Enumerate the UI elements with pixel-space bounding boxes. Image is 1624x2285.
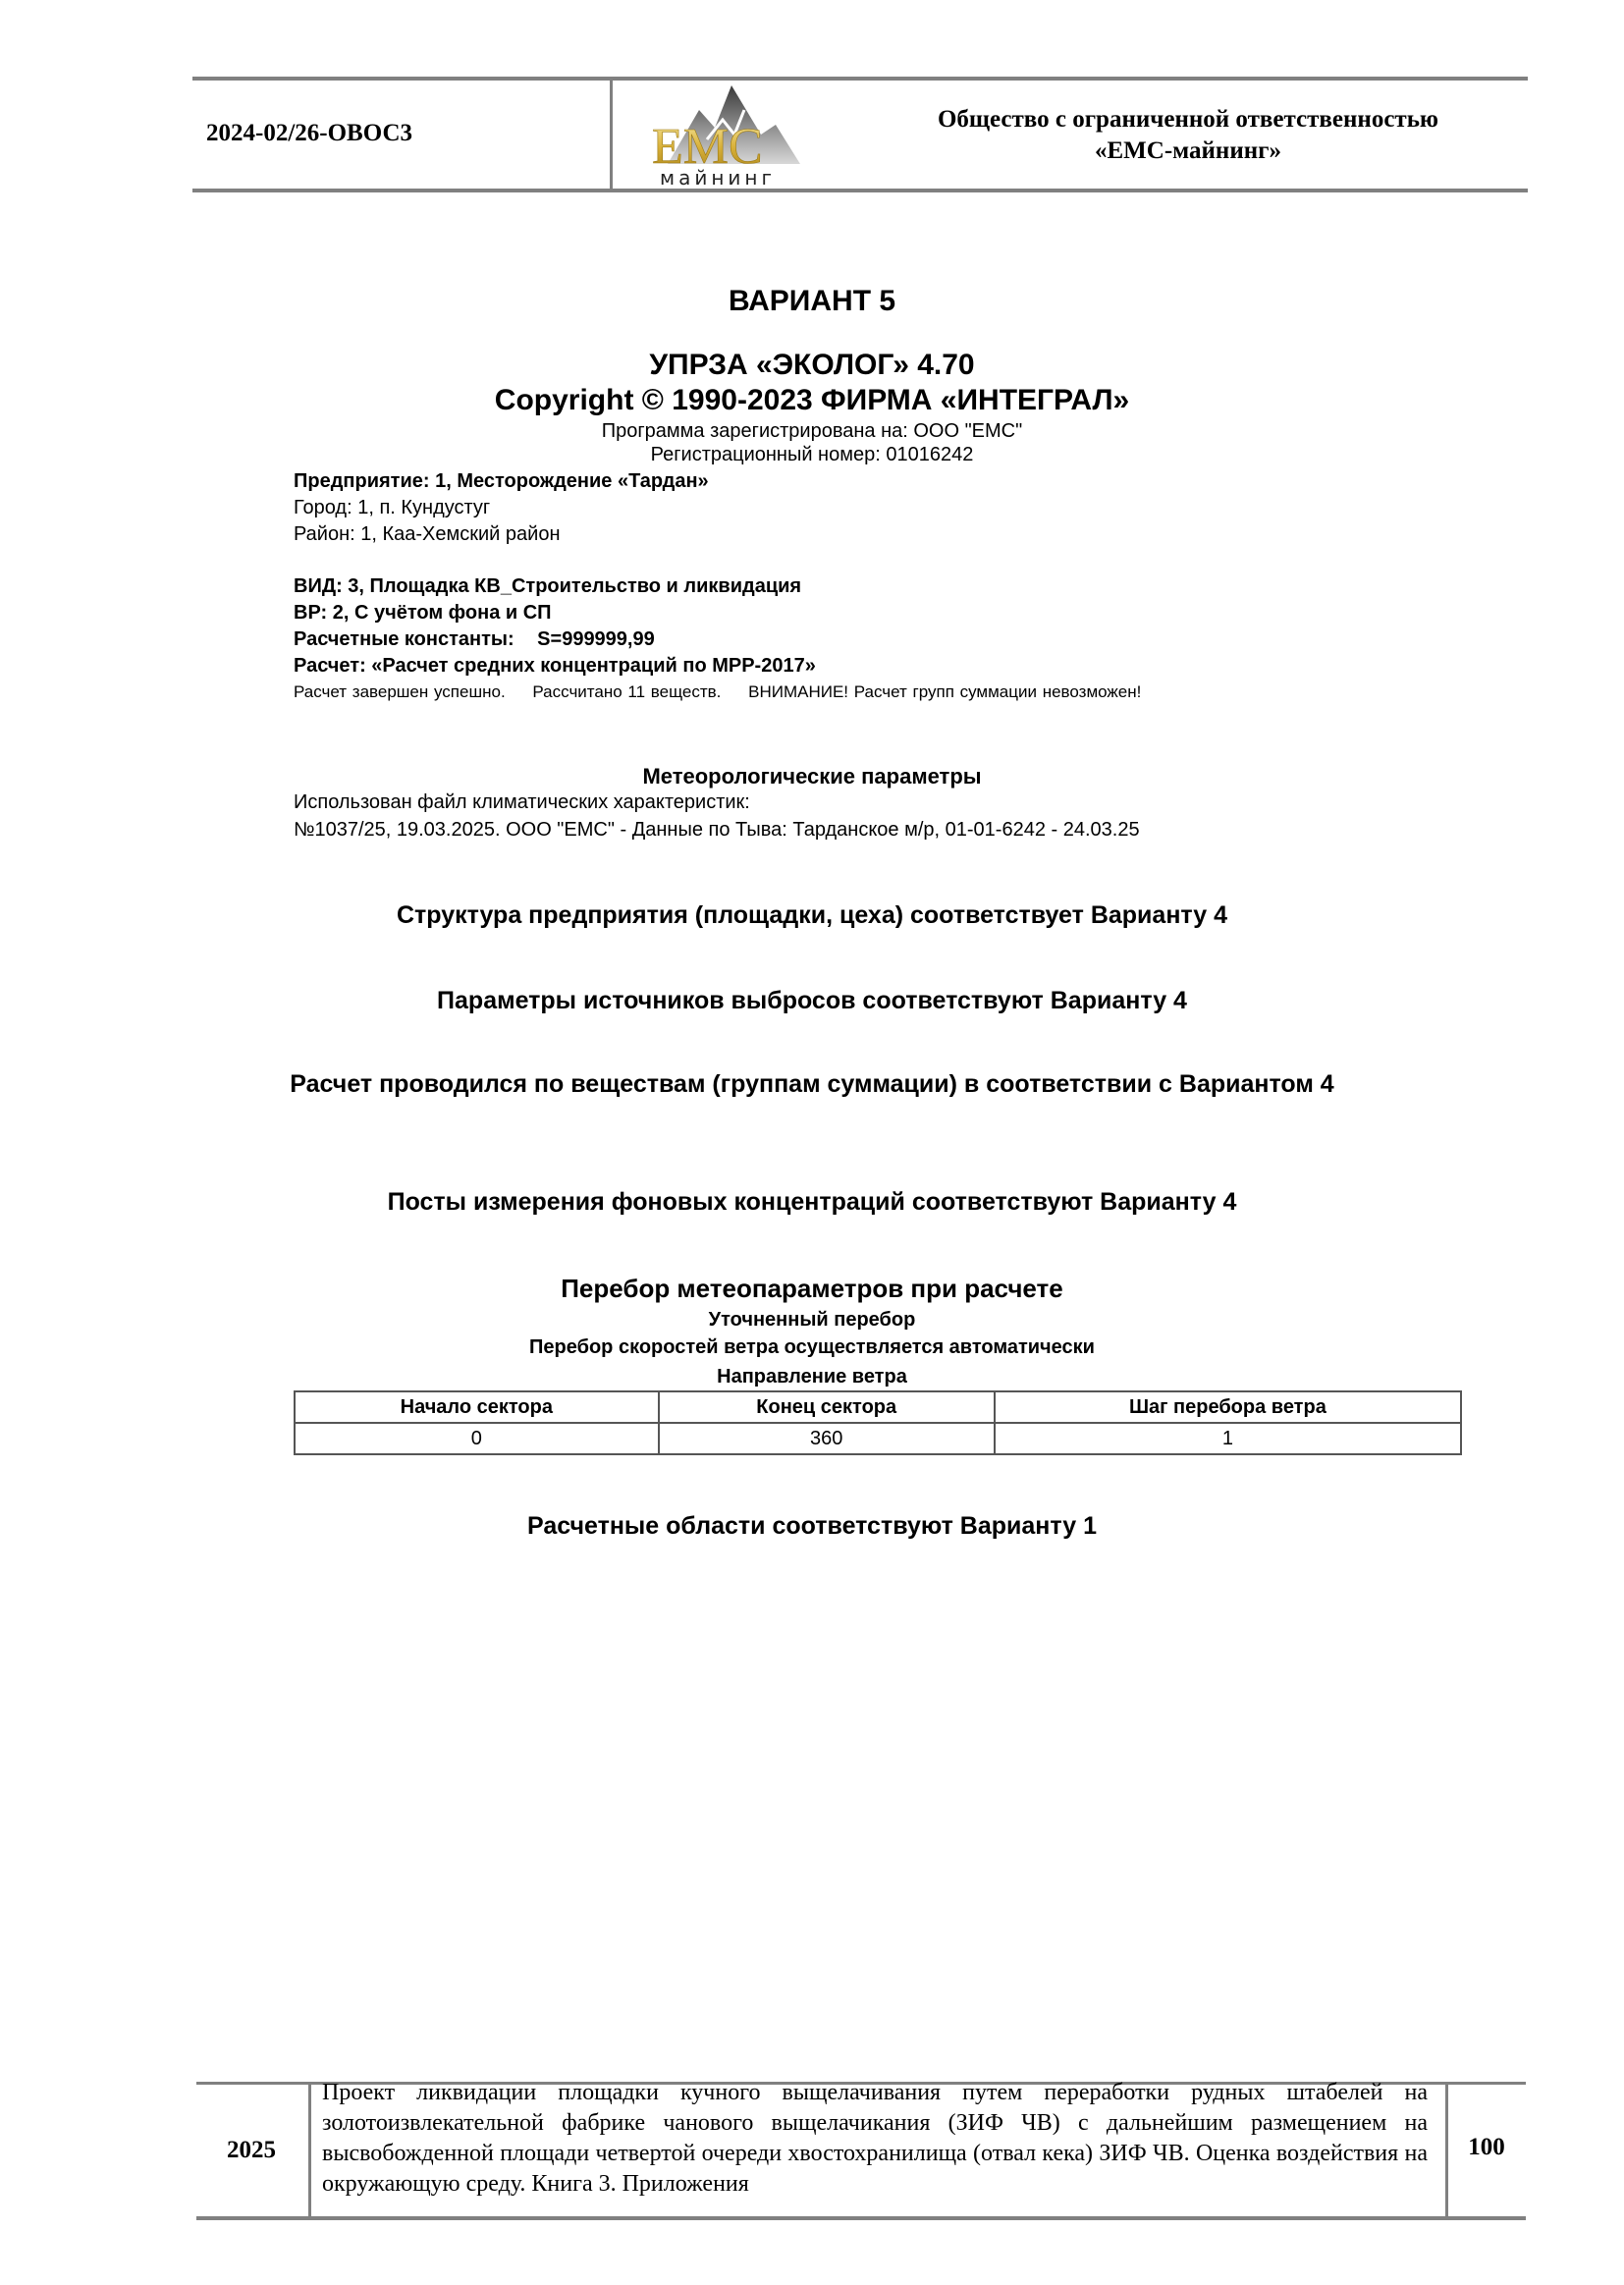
status-line: Расчет завершен успешно. Рассчитано 11 в… <box>294 682 1163 702</box>
table-cell: 0 <box>295 1423 659 1454</box>
enumeration-wind-speed: Перебор скоростей ветра осуществляется а… <box>0 1336 1624 1359</box>
enterprise-info: Предприятие: 1, Месторождение «Тардан» Г… <box>294 468 709 548</box>
table-header-row: Начало сектора Конец сектора Шаг перебор… <box>295 1391 1461 1423</box>
section-substances: Расчет проводился по веществам (группам … <box>0 1070 1624 1099</box>
status-warning: ВНИМАНИЕ! Расчет групп суммации невозмож… <box>748 682 1141 701</box>
footer-description: Проект ликвидации площадки кучного выщел… <box>322 2078 1428 2200</box>
section-posts: Посты измерения фоновых концентраций соо… <box>0 1188 1624 1217</box>
section-sources: Параметры источников выбросов соответств… <box>0 987 1624 1015</box>
table-cell: 1 <box>995 1423 1461 1454</box>
wind-direction-table: Начало сектора Конец сектора Шаг перебор… <box>294 1390 1462 1455</box>
table-row: 0 360 1 <box>295 1423 1461 1454</box>
company-line-2: «ЕМС-майнинг» <box>864 136 1512 167</box>
program-title: УПРЗА «ЭКОЛОГ» 4.70 <box>0 349 1624 382</box>
status-done: Расчет завершен успешно. <box>294 682 506 701</box>
district-line: Район: 1, Каа-Хемский район <box>294 521 709 548</box>
page-number: 100 <box>1449 2134 1524 2161</box>
calculation-line: Расчет: «Расчет средних концентраций по … <box>294 653 816 680</box>
registration-number: Регистрационный номер: 01016242 <box>0 444 1624 466</box>
column-header: Шаг перебора ветра <box>995 1391 1461 1423</box>
constants-label: Расчетные константы: <box>294 628 514 650</box>
status-count: Рассчитано 11 веществ. <box>532 682 721 701</box>
footer-divider-right <box>1445 2083 1448 2217</box>
enumeration-wind-direction: Направление ветра <box>0 1366 1624 1388</box>
mountain-logo-icon: ЕМС майнинг <box>638 81 825 189</box>
constants-line: Расчетные константы: S=999999,99 <box>294 626 816 653</box>
company-name: Общество с ограниченной ответственностью… <box>864 104 1512 167</box>
company-line-1: Общество с ограниченной ответственностью <box>864 104 1512 136</box>
constants-value: S=999999,99 <box>537 628 655 650</box>
meteo-file-value: №1037/25, 19.03.2025. ООО "ЕМС" - Данные… <box>294 819 1140 842</box>
header-divider <box>610 79 613 190</box>
column-header: Начало сектора <box>295 1391 659 1423</box>
enterprise-line: Предприятие: 1, Месторождение «Тардан» <box>294 468 709 495</box>
document-code: 2024-02/26-ОВОС3 <box>206 120 412 147</box>
city-line: Город: 1, п. Кундустуг <box>294 495 709 521</box>
section-structure: Структура предприятия (площадки, цеха) с… <box>0 901 1624 930</box>
header-top-rule <box>192 77 1528 81</box>
table-cell: 360 <box>659 1423 995 1454</box>
header-bottom-rule <box>192 189 1528 192</box>
copyright-line: Copyright © 1990-2023 ФИРМА «ИНТЕГРАЛ» <box>0 384 1624 417</box>
enumeration-title: Перебор метеопараметров при расчете <box>0 1274 1624 1304</box>
vid-line: ВИД: 3, Площадка КВ_Строительство и ликв… <box>294 573 816 600</box>
footer-year: 2025 <box>196 2137 306 2164</box>
variant-title: ВАРИАНТ 5 <box>0 285 1624 318</box>
svg-text:майнинг: майнинг <box>660 166 776 189</box>
meteo-title: Метеорологические параметры <box>0 764 1624 789</box>
section-areas: Расчетные области соответствуют Варианту… <box>0 1512 1624 1541</box>
enumeration-refined: Уточненный перебор <box>0 1309 1624 1332</box>
registered-to: Программа зарегистрирована на: ООО "ЕМС" <box>0 420 1624 443</box>
vr-line: ВР: 2, С учётом фона и СП <box>294 600 816 626</box>
footer-divider-left <box>308 2083 311 2217</box>
footer-bottom-rule <box>196 2216 1526 2220</box>
meteo-file-label: Использован файл климатических характери… <box>294 791 750 814</box>
column-header: Конец сектора <box>659 1391 995 1423</box>
calculation-info: ВИД: 3, Площадка КВ_Строительство и ликв… <box>294 573 816 680</box>
